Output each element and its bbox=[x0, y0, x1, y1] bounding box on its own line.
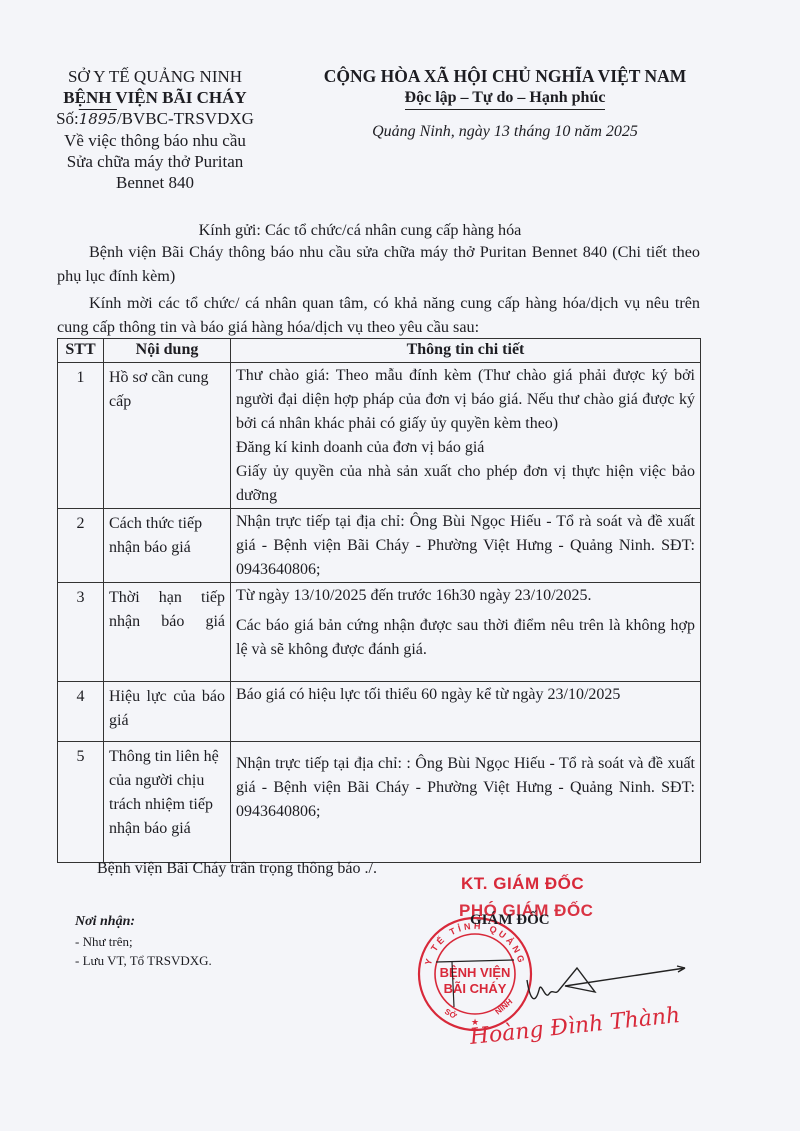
table-row: 5 Thông tin liên hệ của người chịu trách… bbox=[58, 742, 701, 863]
column-header-details: Thông tin chi tiết bbox=[231, 339, 701, 363]
handwritten-signature-icon bbox=[525, 960, 695, 1010]
intro-paragraph: Bệnh viện Bãi Cháy thông báo nhu cầu sửa… bbox=[57, 240, 700, 288]
recipients-list: - Như trên; - Lưu VT, Tổ TRSVDXG. bbox=[75, 932, 212, 970]
document-number: Số:1895/BVBC-TRSVDXG bbox=[40, 108, 270, 130]
row-number: 3 bbox=[58, 583, 104, 682]
table-row: 4 Hiệu lực của báo giá Báo giá có hiệu l… bbox=[58, 682, 701, 742]
recipient-line: Kính gửi: Các tổ chức/cá nhân cung cấp h… bbox=[40, 218, 680, 242]
printed-title: GIÁM ĐỐC bbox=[470, 912, 550, 929]
recipient-item: - Như trên; bbox=[75, 932, 212, 951]
row-number: 5 bbox=[58, 742, 104, 863]
stamp-kt-title: KT. GIÁM ĐỐC bbox=[461, 874, 584, 894]
row-details: Nhận trực tiếp tại địa chỉ: : Ông Bùi Ng… bbox=[231, 742, 701, 863]
nation-title: CỘNG HÒA XÃ HỘI CHỦ NGHĨA VIỆT NAM bbox=[300, 66, 710, 87]
official-seal-icon: Y TẾ TỈNH QUẢNG BỆNH VIỆN BÃI CHÁY SỞ NI… bbox=[416, 915, 534, 1033]
recipient-item: - Lưu VT, Tổ TRSVDXG. bbox=[75, 951, 212, 970]
table-row: 3 Thời hạn tiếp nhận báo giá Từ ngày 13/… bbox=[58, 583, 701, 682]
column-header-stt: STT bbox=[58, 339, 104, 363]
row-number: 4 bbox=[58, 682, 104, 742]
row-content: Hồ sơ cần cung cấp bbox=[104, 363, 231, 509]
table-row: 1 Hồ sơ cần cung cấp Thư chào giá: Theo … bbox=[58, 363, 701, 509]
row-content: Hiệu lực của báo giá bbox=[104, 682, 231, 742]
row-number: 2 bbox=[58, 509, 104, 583]
requirements-table: STT Nội dung Thông tin chi tiết 1 Hồ sơ … bbox=[57, 338, 701, 863]
invitation-paragraph: Kính mời các tổ chức/ cá nhân quan tâm, … bbox=[57, 291, 700, 339]
svg-text:NINH: NINH bbox=[494, 997, 515, 1017]
table-row: 2 Cách thức tiếp nhận báo giá Nhận trực … bbox=[58, 509, 701, 583]
issuing-agency-header: SỞ Y TẾ QUẢNG NINH BỆNH VIỆN BÃI CHÁY Số… bbox=[40, 66, 270, 193]
handwritten-number: 1895 bbox=[79, 110, 117, 128]
table-header-row: STT Nội dung Thông tin chi tiết bbox=[58, 339, 701, 363]
row-details: Từ ngày 13/10/2025 đến trước 16h30 ngày … bbox=[231, 583, 701, 682]
subject-line: Sửa chữa máy thở Puritan bbox=[40, 151, 270, 172]
row-details: Báo giá có hiệu lực tối thiểu 60 ngày kể… bbox=[231, 682, 701, 742]
hospital-name: BỆNH VIỆN BÃI CHÁY bbox=[40, 87, 270, 108]
row-content: Thời hạn tiếp nhận báo giá bbox=[104, 583, 231, 682]
national-motto: Độc lập – Tự do – Hạnh phúc bbox=[405, 87, 606, 110]
national-header: CỘNG HÒA XÃ HỘI CHỦ NGHĨA VIỆT NAM Độc l… bbox=[300, 66, 710, 141]
recipients-title: Nơi nhận: bbox=[75, 914, 135, 930]
column-header-content: Nội dung bbox=[104, 339, 231, 363]
row-details: Nhận trực tiếp tại địa chỉ: Ông Bùi Ngọc… bbox=[231, 509, 701, 583]
row-number: 1 bbox=[58, 363, 104, 509]
subject-line: Về việc thông báo nhu cầu bbox=[40, 130, 270, 151]
row-content: Thông tin liên hệ của người chịu trách n… bbox=[104, 742, 231, 863]
place-date: Quảng Ninh, ngày 13 tháng 10 năm 2025 bbox=[300, 123, 710, 141]
closing-line: Bệnh viện Bãi Cháy trân trọng thông báo … bbox=[97, 860, 377, 878]
row-content: Cách thức tiếp nhận báo giá bbox=[104, 509, 231, 583]
row-details: Thư chào giá: Theo mẫu đính kèm (Thư chà… bbox=[231, 363, 701, 509]
agency-name: SỞ Y TẾ QUẢNG NINH bbox=[40, 66, 270, 87]
subject-line: Bennet 840 bbox=[40, 172, 270, 193]
svg-text:BỆNH VIỆN: BỆNH VIỆN bbox=[440, 965, 511, 980]
